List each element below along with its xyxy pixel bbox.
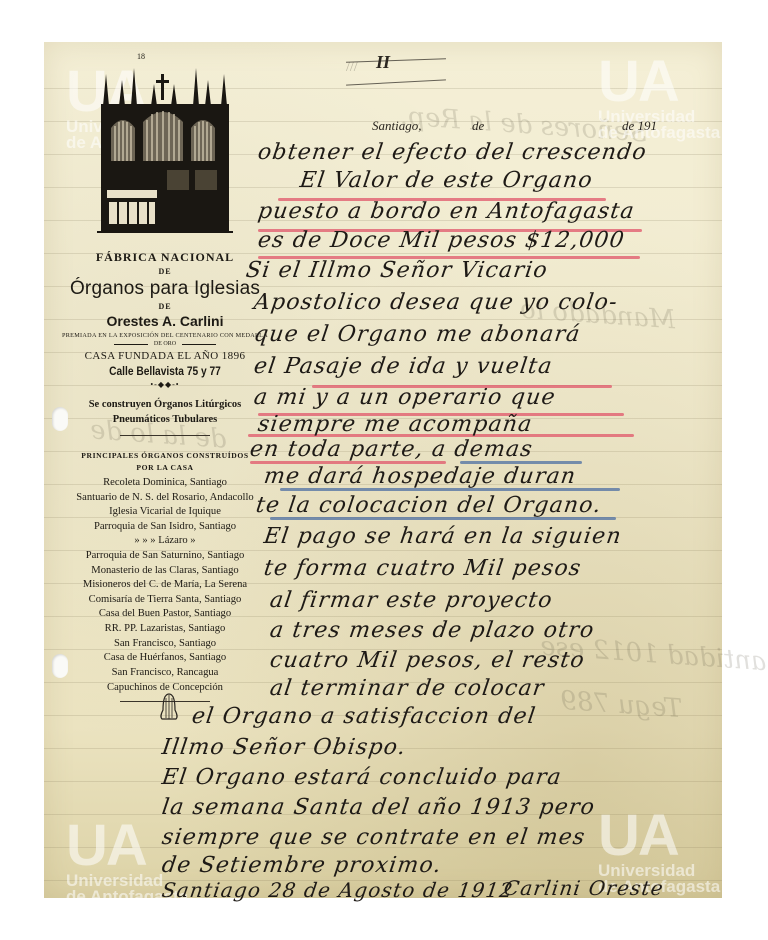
list-item: Iglesia Vicarial de Iquique (52, 505, 278, 520)
handwritten-line: que el Organo me abonará (252, 322, 582, 347)
handwritten-line: El Valor de este Organo (298, 168, 594, 193)
handwritten-line: siempre me acompaña (256, 412, 534, 437)
handwritten-line: al firmar este proyecto (268, 588, 554, 613)
handwritten-line: en toda parte, a demas (248, 437, 534, 462)
handwritten-line: al terminar de colocar (268, 676, 546, 701)
handwritten-line: el Organo a satisfaccion del (190, 704, 537, 729)
divider (120, 435, 210, 436)
organs-list: Recoleta Dominica, Santiago Santuario de… (52, 476, 278, 695)
list-item: Comisaría de Tierra Santa, Santiago (52, 593, 278, 608)
award-oro-text: DE ORO (154, 341, 176, 347)
list-item: Parroquia de San Isidro, Santiago (52, 520, 278, 535)
page-number: II (376, 52, 390, 73)
list-item: Misioneros del C. de María, La Serena (52, 578, 278, 593)
handwritten-line: te la colocacion del Organo. (254, 493, 603, 518)
handwritten-date-closing: Santiago 28 de Agosto de 1912 (160, 878, 515, 902)
list-item: » » » Lázaro » (52, 534, 278, 549)
handwritten-line: El Organo estará concluido para (160, 765, 563, 790)
handwritten-line: puesto a bordo en Antofagasta (256, 199, 636, 224)
dateline-de: de (472, 118, 484, 134)
handwritten-line: te forma cuatro Mil pesos (262, 556, 583, 581)
handwritten-line: Apostolico desea que yo colo- (252, 290, 619, 315)
list-item: San Francisco, Santiago (52, 637, 278, 652)
dateline-city: Santiago, (372, 118, 421, 134)
list-item: RR. PP. Lazaristas, Santiago (52, 622, 278, 637)
handwritten-line: a mi y a un operario que (252, 385, 557, 410)
letterhead-title: FÁBRICA NACIONAL (52, 250, 278, 265)
handwritten-line: la semana Santa del año 1913 pero (160, 795, 597, 820)
divider (114, 344, 148, 345)
dateline-year: de 191 (622, 118, 657, 134)
letterhead-address: Calle Bellavista 75 y 77 (69, 364, 261, 378)
list-item: Casa de Huérfanos, Santiago (52, 651, 278, 666)
letterhead-services-1: Se construyen Órganos Litúrgicos (52, 397, 278, 412)
divider (182, 344, 216, 345)
handwritten-line: de Setiembre proximo. (160, 853, 443, 878)
pipe-organ-illustration: 18 (97, 66, 233, 236)
handwritten-line: siempre que se contrate en el mes (160, 825, 587, 850)
ornament-icon: •-◆◆-• (52, 380, 278, 389)
letterhead-services-2: Pneumáticos Tubulares (52, 412, 278, 427)
letterhead-de: DE (52, 302, 278, 311)
list-item: San Francisco, Rancagua (52, 666, 278, 681)
list-item: Parroquia de San Saturnino, Santiago (52, 549, 278, 564)
organs-list-subheading: POR LA CASA (52, 462, 278, 474)
handwritten-line: es de Doce Mil pesos $12,000 (256, 228, 626, 253)
handwritten-line: Illmo Señor Obispo. (160, 735, 408, 760)
list-item: Santuario de N. S. del Rosario, Andacoll… (52, 491, 278, 506)
letterhead: 18 (52, 50, 278, 702)
list-item: Monasterio de las Claras, Santiago (52, 564, 278, 579)
handwritten-line: a tres meses de plazo otro (268, 618, 596, 643)
signature: Carlini Oreste (502, 876, 665, 900)
letterhead-founded: CASA FUNDADA EL AÑO 1896 (52, 350, 278, 362)
letterhead-de: DE (52, 267, 278, 276)
letterhead-award: PREMIADA EN LA EXPOSICIÓN DEL CENTENARIO… (52, 332, 278, 339)
handwritten-line: me dará hospedaje duran (262, 464, 578, 489)
handwritten-line: Si el Illmo Señor Vicario (244, 258, 549, 283)
list-item: Recoleta Dominica, Santiago (52, 476, 278, 491)
watermark-ua-top-right: UA Universidad de Antofagasta (598, 54, 720, 141)
handwritten-line: cuatro Mil pesos, el resto (268, 648, 586, 673)
flower-ornament-icon (158, 692, 180, 722)
organs-list-heading: PRINCIPALES ÓRGANOS CONSTRUÍDOS (52, 450, 278, 462)
letterhead-award-oro: DE ORO (52, 341, 278, 347)
handwritten-line: obtener el efecto del crescendo (256, 140, 648, 165)
pipe-organ-icon (97, 66, 233, 236)
handwritten-line: el Pasaje de ida y vuelta (252, 354, 554, 379)
letterhead-maker-name: Orestes A. Carlini (52, 313, 278, 329)
handwritten-line: El pago se hará en la siguien (262, 524, 623, 549)
list-item: Casa del Buen Pastor, Santiago (52, 607, 278, 622)
